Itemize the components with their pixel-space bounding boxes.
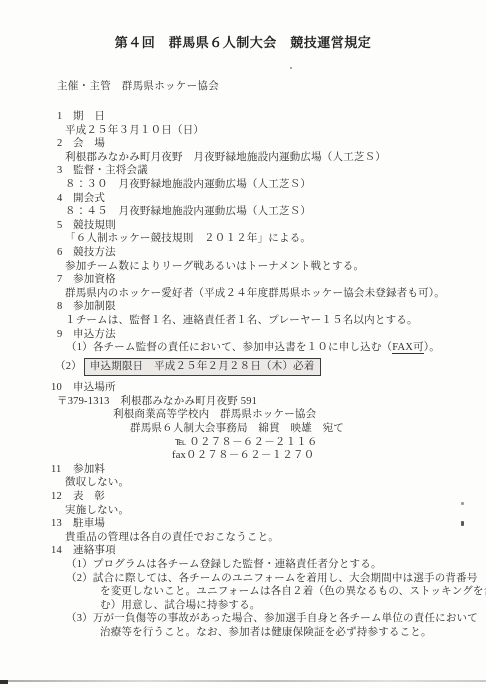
scan-edge-line <box>0 680 486 682</box>
section-heading-14: 14連絡事項 <box>51 544 486 558</box>
scan-artifact <box>461 502 464 505</box>
section-heading-9: 9申込方法 <box>57 328 486 342</box>
note-line: （3）万が一負傷等の事故があった場合、参加選手自身と各チーム単位の責任において <box>66 612 486 626</box>
note-line-continuation: 治療等を行うこと。なお、参加者は健康保険証を必ず持参すること。 <box>100 626 486 640</box>
tel-line: ℡ ０２７８－６２－２１１６ <box>175 436 486 450</box>
section-title: 会 場 <box>73 138 105 149</box>
section-title: 参加制限 <box>73 301 116 312</box>
section-number: 14 <box>51 544 73 558</box>
section-number: 2 <box>57 137 73 151</box>
doc-text: （1）各チーム監督の責任において、参加申込書を１０に申し込む（ <box>66 342 392 353</box>
doc-line: 「６人制ホッケー競技規則 ２０１２年」による。 <box>65 232 486 246</box>
section-number: 7 <box>57 273 73 287</box>
doc-line: 平成２５年３月１０日（日） <box>65 124 486 138</box>
section-title: 競技方法 <box>73 247 116 258</box>
deadline-box: 申込期限日 平成２５年２月２８日（木）必着 <box>84 358 321 377</box>
section-heading-6: 6競技方法 <box>57 246 486 260</box>
doc-line: 貴重品の管理は各自の責任でおこなうこと。 <box>65 531 486 545</box>
apply-method-line: （1）各チーム監督の責任において、参加申込書を１０に申し込む（FAX可）。 <box>66 341 486 355</box>
section-title: 申込方法 <box>73 329 116 340</box>
section-title: 開会式 <box>73 193 105 204</box>
doc-line: ８：４５ 月夜野緑地施設内運動広場（人工芝Ｓ） <box>65 205 486 219</box>
note-line-continuation: を変更しないこと。ユニフォームは各自２着（色の異なるもの、ストッキングを含 <box>100 585 486 599</box>
section-number: 3 <box>57 164 73 178</box>
doc-line: 徴収しない。 <box>65 476 486 490</box>
scan-artifact <box>461 521 464 526</box>
scan-artifact <box>290 67 292 69</box>
doc-line: ８：３０ 月夜野緑地施設内運動広場（人工芝Ｓ） <box>65 178 486 192</box>
organizer-line: 主催・主管 群馬県ホッケー協会 <box>57 78 486 93</box>
doc-text: ）。 <box>424 342 440 353</box>
document-body: 1期 日 平成２５年３月１０日（日） 2会 場 利根郡みなかみ町月夜野 月夜野緑… <box>0 110 486 640</box>
scanned-document-page: 第４回 群馬県６人制大会 競技運営規定 主催・主管 群馬県ホッケー協会 1期 日… <box>0 0 486 688</box>
section-heading-11: 11参加料 <box>51 463 486 477</box>
scan-artifact <box>178 296 180 298</box>
section-number: 12 <box>51 490 73 504</box>
address-line: 群馬県６人制大会事務局 綿貫 映雄 宛て <box>130 422 486 436</box>
section-title: 参加料 <box>73 464 105 475</box>
section-heading-8: 8参加制限 <box>57 300 486 314</box>
doc-line: 参加チーム数によりリーグ戦あるいはトーナメント戦とする。 <box>65 260 486 274</box>
section-heading-3: 3監督・主将会議 <box>57 164 486 178</box>
section-heading-5: 5競技規則 <box>57 219 486 233</box>
section-number: 1 <box>57 110 73 124</box>
section-number: 4 <box>57 192 73 206</box>
section-heading-1: 1期 日 <box>57 110 486 124</box>
section-number: 10 <box>51 381 73 395</box>
note-line: （1）プログラムは各チーム登録した監督・連絡責任者分とする。 <box>66 558 486 572</box>
doc-line: １チームは、監督１名、連絡責任者１名、プレーヤー１５名以内とする。 <box>65 314 486 328</box>
document-title: 第４回 群馬県６人制大会 競技運営規定 <box>0 32 486 51</box>
section-number: 9 <box>57 328 73 342</box>
deadline-line: （2）申込期限日 平成２５年２月２８日（木）必着 <box>55 358 486 377</box>
fax-underlined-text: FAX可 <box>392 342 424 354</box>
section-number: 8 <box>57 300 73 314</box>
scan-corner-mark <box>0 680 8 684</box>
section-title: 駐車場 <box>73 518 105 529</box>
section-heading-4: 4開会式 <box>57 192 486 206</box>
item-marker: （2） <box>55 361 82 372</box>
fax-line: fax０２７８－６２－１２７０ <box>172 449 486 463</box>
doc-line: 利根郡みなかみ町月夜野 月夜野緑地施設内運動広場（人工芝Ｓ） <box>65 151 486 165</box>
section-number: 5 <box>57 219 73 233</box>
doc-line: 群馬県内のホッケー愛好者（平成２４年度群馬県ホッケー協会未登録者も可）。 <box>65 287 486 301</box>
section-title: 参加資格 <box>73 274 116 285</box>
note-line: （2）試合に際しては、各チームのユニフォームを着用し、大会期間中は選手の背番号 <box>66 572 486 586</box>
address-line: 利根商業高等学校内 群馬県ホッケー協会 <box>113 408 486 422</box>
section-heading-12: 12表 彰 <box>51 490 486 504</box>
section-title: 競技規則 <box>73 220 116 231</box>
section-title: 監督・主将会議 <box>73 165 148 176</box>
note-line-continuation: む）用意し、試合場に持参する。 <box>100 599 486 613</box>
section-number: 6 <box>57 246 73 260</box>
section-heading-13: 13駐車場 <box>51 517 486 531</box>
address-line: 〒379-1313 利根郡みなかみ町月夜野 591 <box>57 395 486 409</box>
section-heading-7: 7参加資格 <box>57 273 486 287</box>
section-title: 表 彰 <box>73 491 105 502</box>
section-number: 13 <box>51 517 73 531</box>
section-title: 連絡事項 <box>73 545 116 556</box>
section-title: 申込場所 <box>73 382 116 393</box>
section-heading-2: 2会 場 <box>57 137 486 151</box>
doc-line: 実施しない。 <box>65 504 486 518</box>
section-heading-10: 10申込場所 <box>51 381 486 395</box>
section-number: 11 <box>51 463 73 477</box>
section-title: 期 日 <box>73 111 105 122</box>
